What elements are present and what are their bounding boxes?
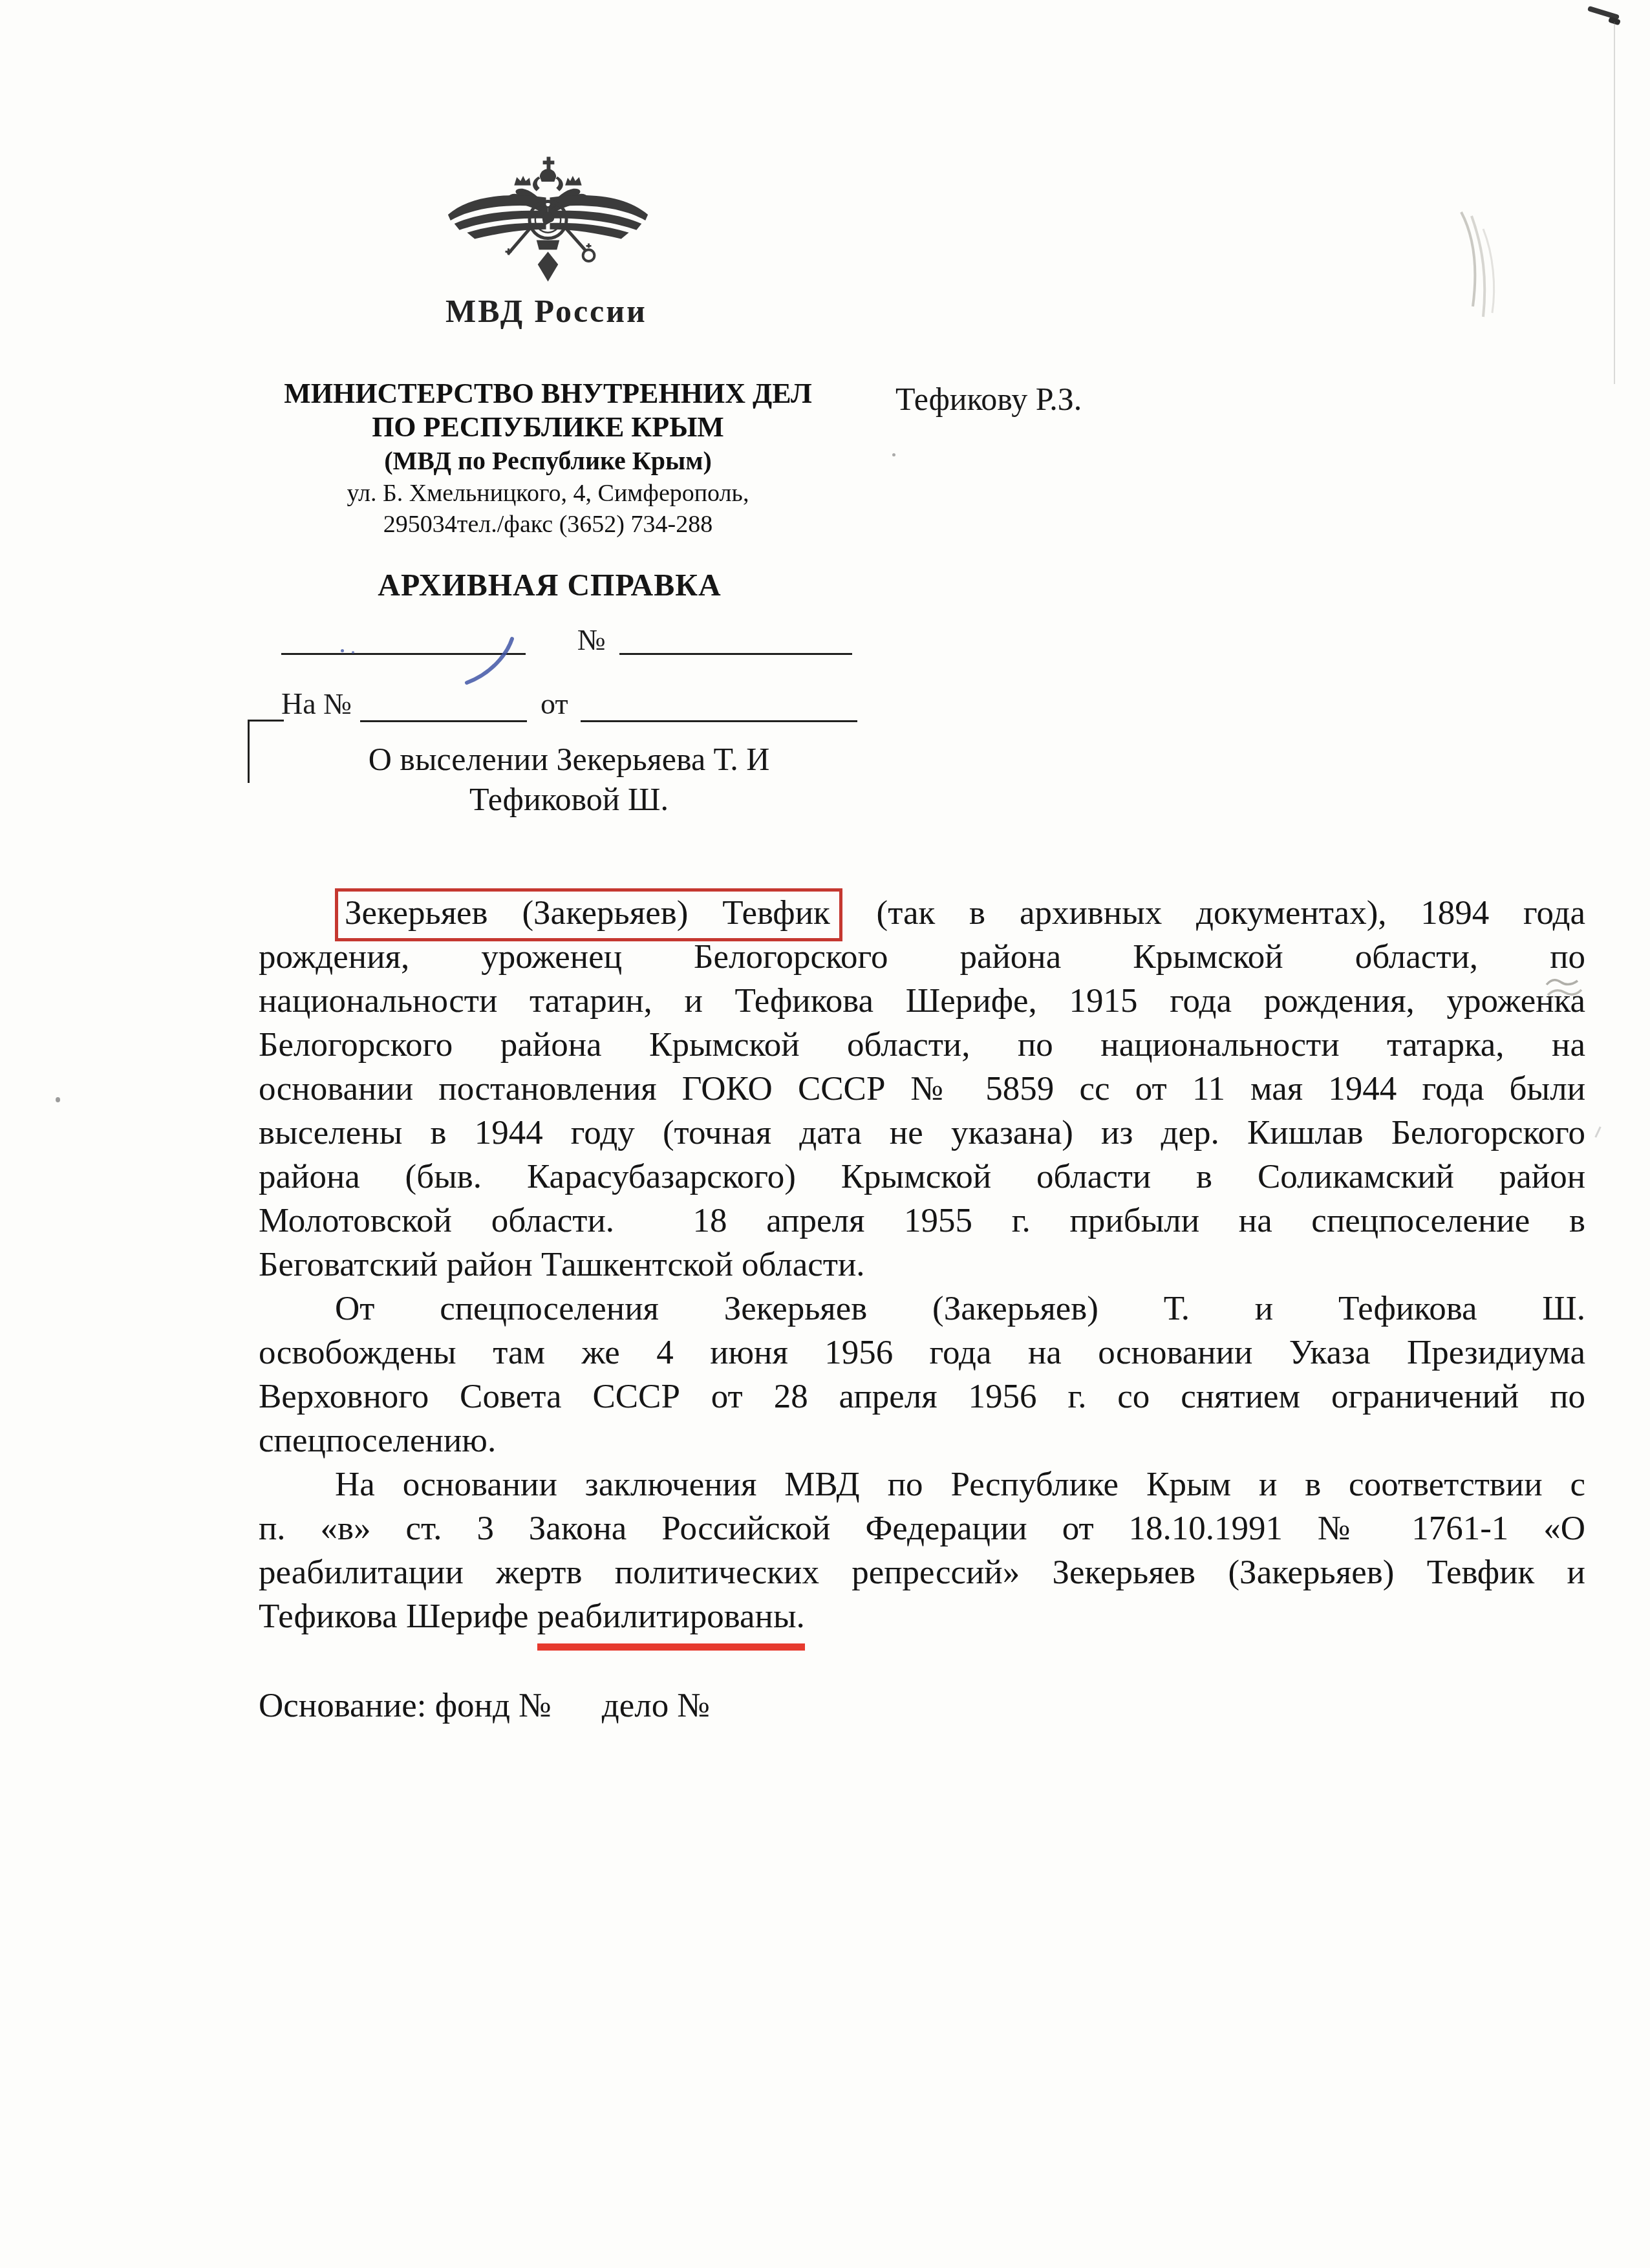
body-line: Беговатский район Ташкентской области. [259, 1243, 1585, 1287]
body-text-segment: Белогорского района Крымской области, по… [259, 1026, 1585, 1064]
body-text-segment: рождения, уроженец Белогорского района К… [259, 938, 1585, 976]
body-line: спецпоселению. [259, 1418, 1585, 1462]
body-text-segment: района (быв. Карасубазарского) Крымской … [259, 1158, 1585, 1195]
body-text: Зекерьяев (Закерьяев) Тевфик (так в архи… [259, 891, 1585, 1638]
body-text-segment: Беговатский район Ташкентской области. [259, 1246, 865, 1283]
body-text-segment: п. «в» ст. 3 Закона Российской Федерации… [259, 1510, 1585, 1547]
document-title: АРХИВНАЯ СПРАВКА [272, 568, 828, 603]
body-line: выселены в 1944 году (точная дата не ука… [259, 1111, 1585, 1155]
blank-line-number [619, 653, 852, 655]
body-line: рождения, уроженец Белогорского района К… [259, 935, 1585, 979]
body-text-segment: национальности татарин, и Тефикова Шериф… [259, 982, 1585, 1020]
body-text-segment: выселены в 1944 году (точная дата не ука… [259, 1114, 1585, 1151]
corner-bracket-horizontal [248, 720, 284, 722]
red-highlight-box: Зекерьяев (Закерьяев) Тевфик [335, 888, 842, 941]
body-line: основании постановления ГОКО СССР № 5859… [259, 1067, 1585, 1111]
body-line: Белогорского района Крымской области, по… [259, 1023, 1585, 1067]
body-line: На основании заключения МВД по Республик… [259, 1462, 1585, 1506]
body-text-segment: основании постановления ГОКО СССР № 5859… [259, 1070, 1585, 1107]
scan-artifact-dot [892, 453, 895, 456]
body-text-segment: спецпоселению. [259, 1422, 496, 1459]
blank-line-date [281, 653, 526, 655]
scan-artifact-dot [56, 1097, 60, 1102]
org-name-line2: ПО РЕСПУБЛИКЕ КРЫМ [255, 411, 841, 444]
subject-block: О выселении Зекерьяева Т. И Тефиковой Ш. [336, 739, 802, 819]
scan-artifact-pencil-smudge [1453, 208, 1516, 337]
body-line: Тефикова Шерифе реабилитированы. [259, 1594, 1585, 1638]
archival-certificate-page: МВД России МИНИСТЕРСТВО ВНУТРЕННИХ ДЕЛ П… [0, 0, 1650, 2268]
number-sign: № [577, 623, 606, 657]
red-underlined-text: реабилитированы. [537, 1598, 805, 1651]
body-text-segment: Верховного Совета СССР от 28 апреля 1956… [259, 1378, 1585, 1415]
mvd-emblem-icon [443, 155, 653, 284]
org-address: ул. Б. Хмельницкого, 4, Симферополь, [255, 478, 841, 509]
body-text-segment: (так в архивных документах), 1894 года [842, 894, 1585, 932]
brand-title: МВД России [398, 292, 695, 330]
blank-line-ref-date [581, 720, 857, 722]
body-text-segment: Тефикова Шерифе [259, 1598, 537, 1635]
basis-line: Основание: фонд №дело № [259, 1686, 710, 1725]
addressee: Тефикову Р.З. [895, 380, 1082, 418]
body-line: п. «в» ст. 3 Закона Российской Федерации… [259, 1506, 1585, 1550]
body-line: освобождены там же 4 июня 1956 года на о… [259, 1331, 1585, 1375]
body-text-segment: реабилитации жертв политических репресси… [259, 1554, 1585, 1591]
basis-fond-label: Основание: фонд № [259, 1687, 552, 1724]
subject-line2: Тефиковой Ш. [336, 779, 802, 819]
body-text-segment: Молотовской области. 18 апреля 1955 г. п… [259, 1202, 1585, 1239]
body-line: района (быв. Карасубазарского) Крымской … [259, 1155, 1585, 1199]
scan-artifact-line [1614, 22, 1615, 384]
body-line: Молотовской области. 18 апреля 1955 г. п… [259, 1199, 1585, 1243]
body-line: Верховного Совета СССР от 28 апреля 1956… [259, 1375, 1585, 1418]
org-name-line1: МИНИСТЕРСТВО ВНУТРЕННИХ ДЕЛ [255, 377, 841, 411]
pen-mark-icon [460, 635, 516, 687]
body-text-segment: От спецпоселения Зекерьяев (Закерьяев) Т… [335, 1290, 1585, 1327]
scan-artifact-tick [1594, 1126, 1601, 1138]
body-line: национальности татарин, и Тефикова Шериф… [259, 979, 1585, 1023]
ref-from-label: от [541, 687, 568, 721]
body-line: Зекерьяев (Закерьяев) Тевфик (так в архи… [259, 891, 1585, 935]
scan-artifact-ink-streak [1608, 17, 1621, 26]
ref-number-label: На № [281, 687, 352, 721]
body-text-segment: освобождены там же 4 июня 1956 года на о… [259, 1334, 1585, 1371]
blank-line-ref-number [360, 720, 527, 722]
body-line: реабилитации жертв политических репресси… [259, 1550, 1585, 1594]
body-line: От спецпоселения Зекерьяев (Закерьяев) Т… [259, 1287, 1585, 1331]
body-text-segment: На основании заключения МВД по Республик… [335, 1466, 1585, 1503]
subject-line1: О выселении Зекерьяева Т. И [336, 739, 802, 779]
letterhead: МИНИСТЕРСТВО ВНУТРЕННИХ ДЕЛ ПО РЕСПУБЛИК… [255, 377, 841, 540]
org-short-name: (МВД по Республике Крым) [255, 444, 841, 478]
corner-bracket-vertical [248, 720, 250, 783]
pen-dot-icon [341, 649, 344, 652]
basis-case-label: дело № [602, 1687, 710, 1724]
scan-artifact-ink-streak [1587, 6, 1620, 20]
org-phone: 295034тел./факс (3652) 734-288 [255, 509, 841, 540]
